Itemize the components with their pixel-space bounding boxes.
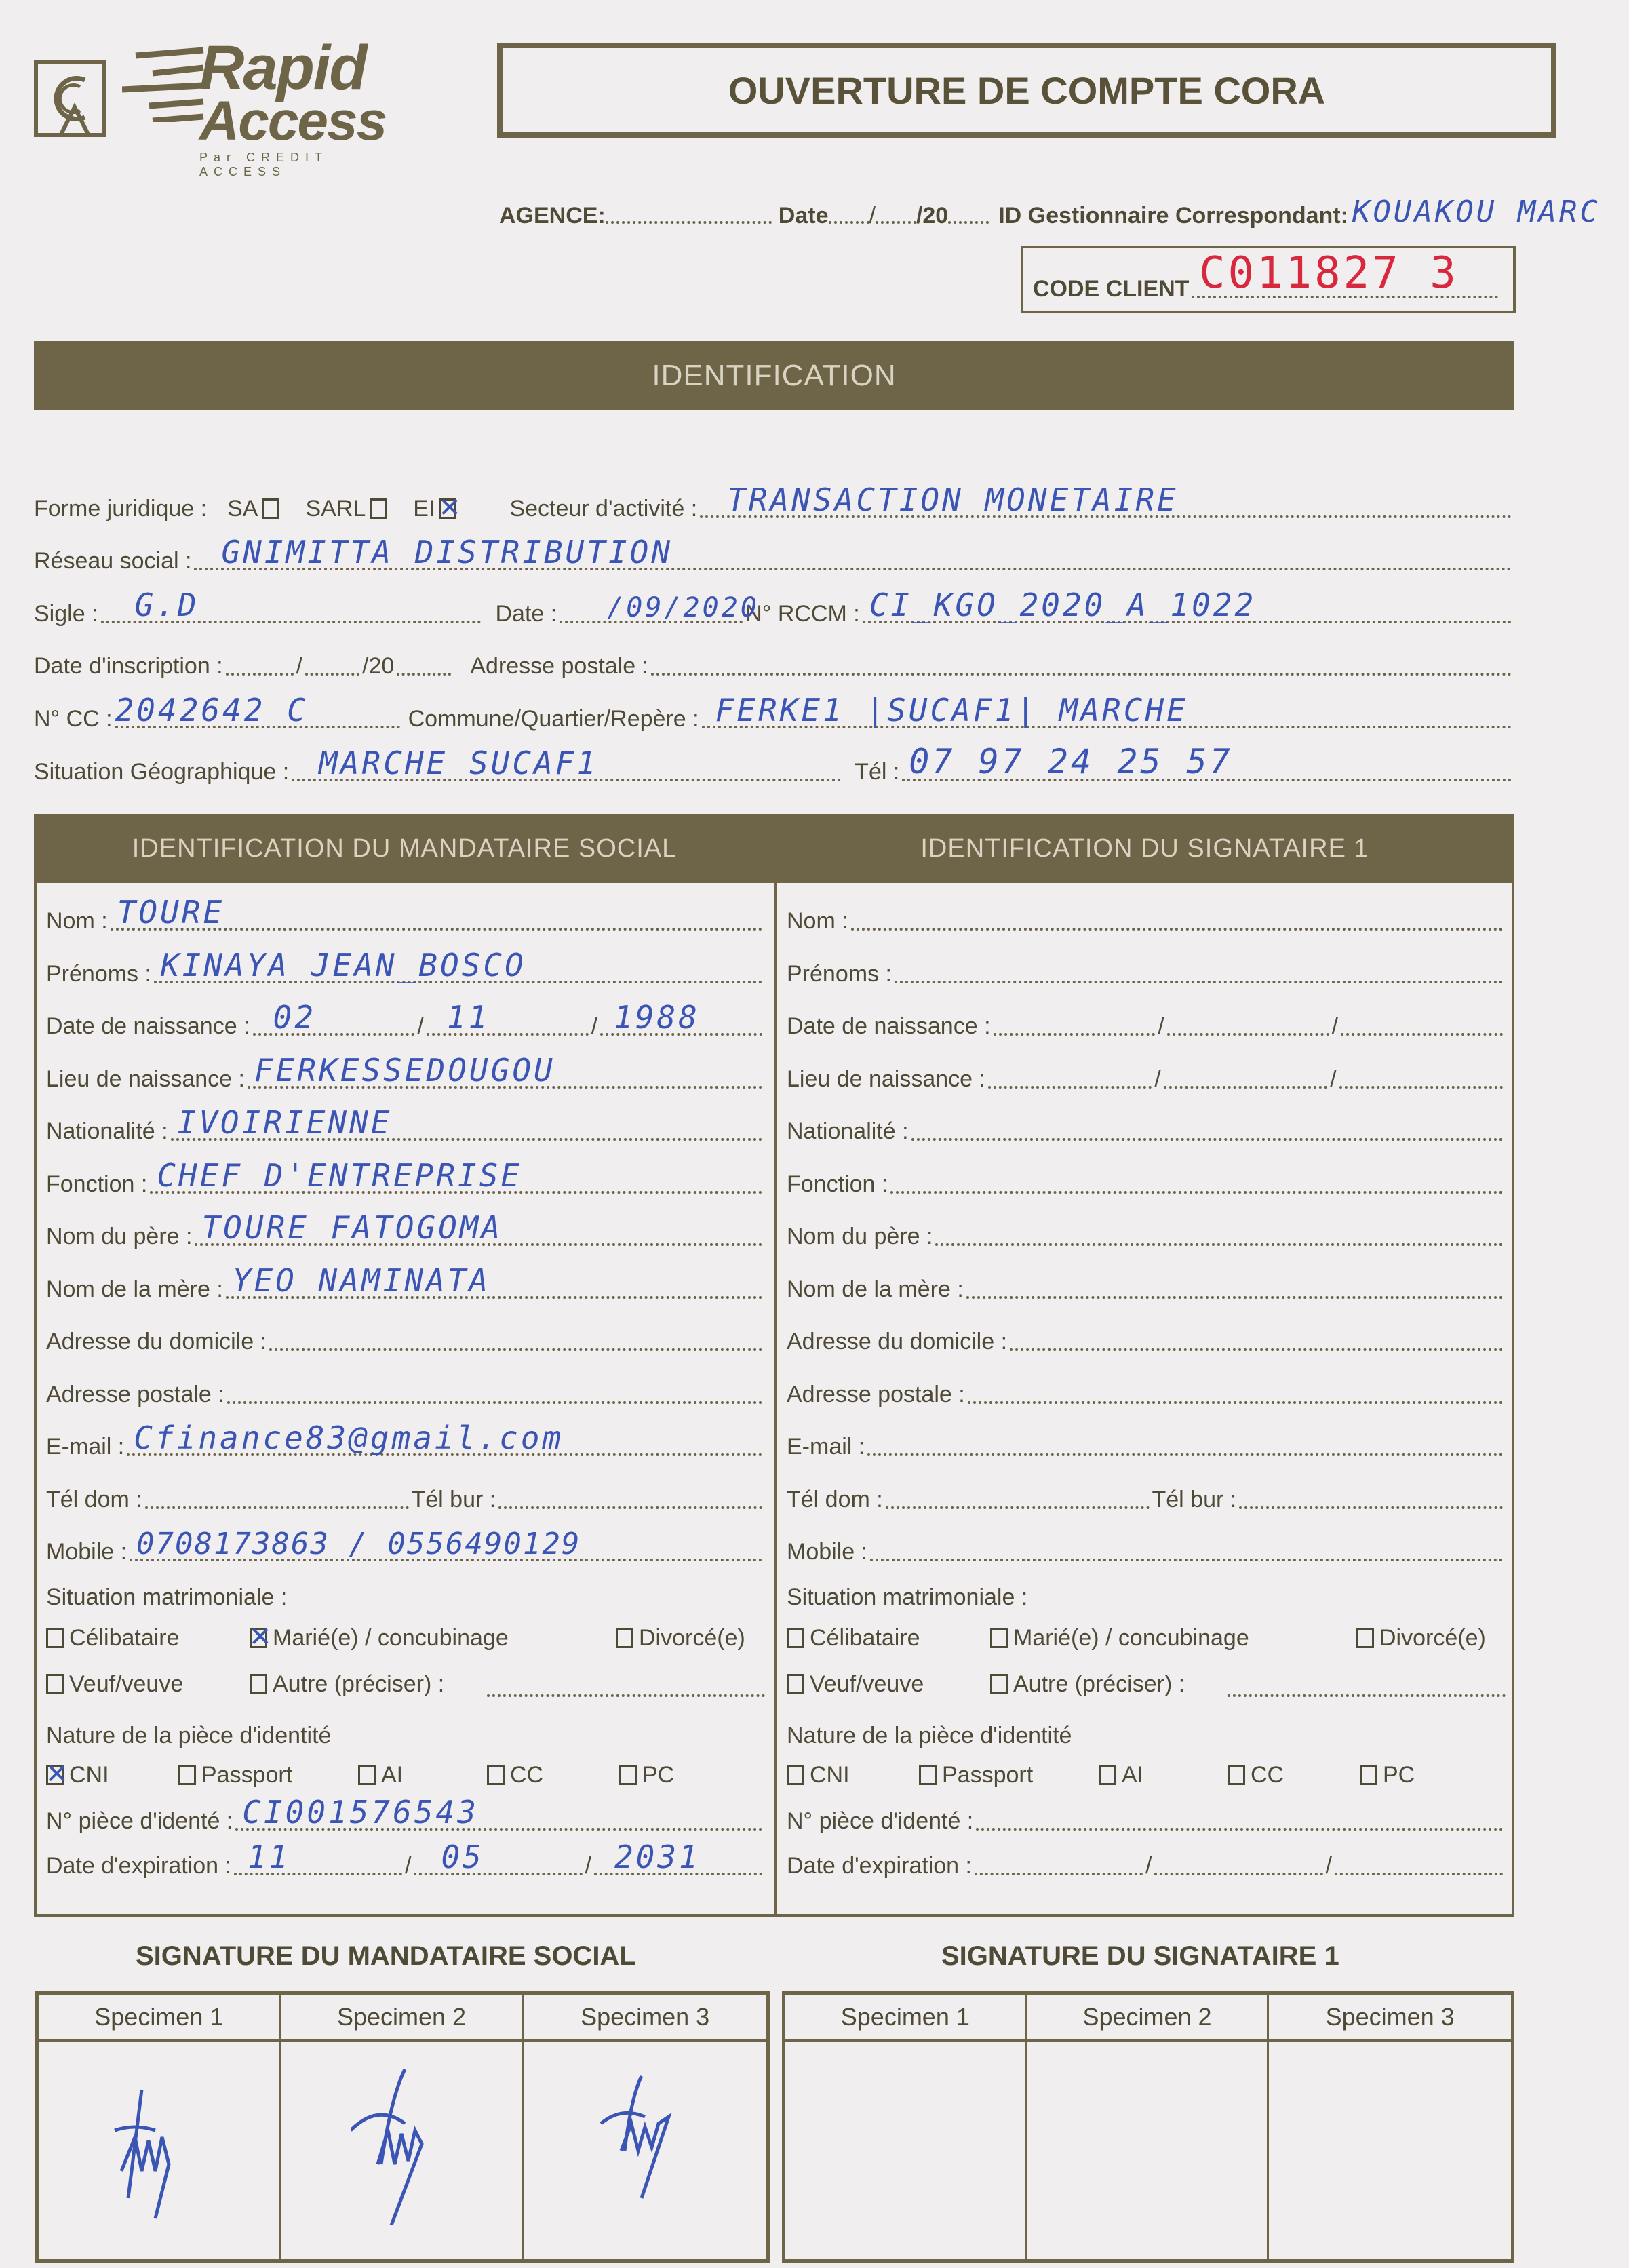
form-title-box: OUVERTURE DE COMPTE CORA: [497, 43, 1556, 138]
signataire-piece-option[interactable]: CNI: [787, 1762, 850, 1788]
signataire-mere-field[interactable]: [966, 1292, 1503, 1299]
mandataire-naissance-day[interactable]: 02: [253, 1029, 415, 1036]
code-client-label: CODE CLIENT: [1033, 276, 1189, 302]
signataire-naissance-month[interactable]: [1167, 1029, 1329, 1036]
mandataire-pere-label: Nom du père :: [46, 1224, 192, 1250]
mandataire-matrimoniale-checkbox[interactable]: [616, 1628, 633, 1648]
mandataire-naissance-year[interactable]: 1988: [600, 1029, 762, 1036]
mandataire-postale-row: Adresse postale :: [46, 1367, 765, 1408]
mandataire-band: IDENTIFICATION DU MANDATAIRE SOCIAL: [34, 814, 775, 883]
mandataire-pere-value: TOURE FATOGOMA: [201, 1209, 503, 1246]
signataire-lieu-row: Lieu de naissance ://: [787, 1052, 1506, 1093]
signataire-title: IDENTIFICATION DU SIGNATAIRE 1: [920, 834, 1369, 863]
signataire-mere-row: Nom de la mère :: [787, 1262, 1506, 1303]
mandataire-lieu-field[interactable]: FERKESSEDOUGOU: [248, 1082, 762, 1089]
mandataire-expiration-row: Date d'expiration :11/05/2031: [46, 1839, 765, 1879]
specimen-cell-2[interactable]: [1027, 2042, 1270, 2259]
signataire-domicile-field[interactable]: [1010, 1344, 1503, 1351]
gestionnaire-label: ID Gestionnaire Correspondant:: [998, 203, 1348, 229]
mandataire-piece-option[interactable]: Passport: [178, 1762, 292, 1788]
checkbox-sa[interactable]: [262, 498, 279, 519]
forme-option-sarl[interactable]: SARL: [305, 496, 393, 522]
signature-mark-icon: [594, 2069, 696, 2225]
mandataire-domicile-label: Adresse du domicile :: [46, 1329, 267, 1355]
secteur-label: Secteur d'activité :: [509, 496, 697, 522]
signataire-specimen-table: Specimen 1 Specimen 2 Specimen 3: [782, 1991, 1514, 2263]
inscription-year-field[interactable]: [397, 669, 451, 676]
signataire-matrimoniale-option[interactable]: Divorcé(e): [1356, 1625, 1486, 1651]
signataire-expiration-month[interactable]: [1154, 1869, 1322, 1875]
credit-access-logo-icon: [34, 60, 109, 141]
cc-value: 2042642 C: [115, 692, 309, 728]
mandataire-fonction-field[interactable]: CHEF D'ENTREPRISE: [150, 1187, 762, 1194]
signataire-email-field[interactable]: [867, 1449, 1503, 1456]
signataire-num-piece-row: N° pièce d'identé :: [787, 1794, 1506, 1835]
signataire-piece-checkbox[interactable]: [1360, 1765, 1377, 1785]
mandataire-naissance-month[interactable]: 11: [427, 1029, 589, 1036]
mandataire-mobile-field[interactable]: 0708173863 / 0556490129: [130, 1555, 762, 1561]
code-client-value: C011827 3: [1199, 248, 1459, 298]
mandataire-nom-row: Nom :TOURE: [46, 894, 765, 935]
adresse-postale-field[interactable]: [651, 669, 1512, 676]
mandataire-piece-option[interactable]: PC: [619, 1762, 674, 1788]
specimen-header: Specimen 2: [1027, 1995, 1270, 2042]
mandataire-mere-value: YEO NAMINATA: [233, 1262, 490, 1299]
signataire-domicile-row: Adresse du domicile :: [787, 1314, 1506, 1355]
agence-field[interactable]: [606, 217, 772, 224]
sigle-value: G.D: [135, 587, 199, 623]
signataire-matrimoniale-label: Situation matrimoniale :: [787, 1584, 1027, 1611]
signataire-matrimoniale-checkbox[interactable]: [1356, 1628, 1374, 1648]
reseau-label: Réseau social :: [34, 548, 191, 574]
mandataire-specimen-table: Specimen 1 Specimen 2 Specimen 3: [35, 1991, 770, 2263]
mandataire-nom-value: TOURE: [117, 894, 224, 931]
cc-row: N° CC : 2042642 C Commune/Quartier/Repèr…: [34, 692, 1514, 732]
mandataire-email-field[interactable]: Cfinance83@gmail.com: [127, 1449, 762, 1456]
secteur-field[interactable]: TRANSACTION MONETAIRE: [700, 511, 1512, 518]
agence-row: AGENCE: Date / /20 ID Gestionnaire Corre…: [499, 189, 1629, 229]
forme-option-sa[interactable]: SA: [227, 496, 285, 522]
mandataire-nationalite-field[interactable]: IVOIRIENNE: [171, 1134, 762, 1141]
signataire-matrimoniale-checkbox[interactable]: [787, 1628, 804, 1648]
mandataire-matrimoniale-checkbox[interactable]: [46, 1674, 64, 1694]
specimen-cell-1[interactable]: [785, 2042, 1027, 2259]
signataire-domicile-label: Adresse du domicile :: [787, 1329, 1007, 1355]
signataire-piece-option[interactable]: AI: [1099, 1762, 1143, 1788]
mandataire-piece-checkbox[interactable]: [178, 1765, 196, 1785]
mandataire-expiration-day-value: 11: [248, 1839, 290, 1875]
signataire-expiration-year[interactable]: [1335, 1869, 1503, 1875]
mandataire-lieu-label: Lieu de naissance :: [46, 1066, 245, 1093]
sigle-label: Sigle :: [34, 601, 98, 627]
signataire-lieu-day[interactable]: [988, 1082, 1152, 1089]
signataire-email-label: E-mail :: [787, 1434, 865, 1460]
mandataire-fonction-value: CHEF D'ENTREPRISE: [157, 1157, 522, 1194]
mandataire-expiration-month[interactable]: 05: [414, 1869, 582, 1875]
mandataire-postale-field[interactable]: [227, 1397, 762, 1404]
mandataire-expiration-month-value: 05: [441, 1839, 484, 1875]
mandataire-prenoms-value: KINAYA JEAN_BOSCO: [161, 947, 526, 983]
signataire-nationalite-field[interactable]: [911, 1134, 1503, 1141]
signataire-matrimoniale-checkbox[interactable]: [990, 1674, 1008, 1694]
mandataire-postale-label: Adresse postale :: [46, 1382, 224, 1408]
mandataire-matrimoniale-option[interactable]: Marié(e) / concubinage: [250, 1625, 509, 1651]
specimen-cell-1[interactable]: [39, 2042, 281, 2259]
signataire-prenoms-label: Prénoms :: [787, 961, 892, 988]
signataire-nom-row: Nom :: [787, 894, 1506, 935]
checkbox-ei[interactable]: [439, 498, 456, 519]
mandataire-num-piece-row: N° pièce d'identé :CI001576543: [46, 1794, 765, 1835]
forme-option-ei[interactable]: EI: [413, 496, 462, 522]
reseau-field[interactable]: GNIMITTA DISTRIBUTION: [194, 564, 1512, 570]
mandataire-num-piece-label: N° pièce d'identé :: [46, 1808, 233, 1835]
mandataire-pere-field[interactable]: TOURE FATOGOMA: [195, 1239, 762, 1246]
mandataire-fonction-label: Fonction :: [46, 1171, 147, 1198]
reseau-row: Réseau social : GNIMITTA DISTRIBUTION: [34, 534, 1514, 574]
code-client-box: CODE CLIENT C011827 3: [1021, 246, 1516, 313]
mandataire-expiration-label: Date d'expiration :: [46, 1853, 231, 1879]
mandataire-mobile-value: 0708173863 / 0556490129: [136, 1527, 581, 1561]
signataire-expiration-label: Date d'expiration :: [787, 1853, 972, 1879]
signataire-matrimoniale-checkbox[interactable]: [990, 1628, 1008, 1648]
signataire-nom-label: Nom :: [787, 908, 848, 935]
specimen-header: Specimen 2: [281, 1995, 524, 2042]
mandataire-expiration-year[interactable]: 2031: [594, 1869, 762, 1875]
checkbox-sarl[interactable]: [370, 498, 387, 519]
signataire-expiration-row: Date d'expiration ://: [787, 1839, 1506, 1879]
mandataire-matrimoniale-option[interactable]: Divorcé(e): [616, 1625, 745, 1651]
mandataire-email-row: E-mail :Cfinance83@gmail.com: [46, 1420, 765, 1460]
commune-label: Commune/Quartier/Repère :: [408, 706, 699, 732]
specimen-cell-2[interactable]: [281, 2042, 524, 2259]
signataire-postale-row: Adresse postale :: [787, 1367, 1506, 1408]
situation-value: MARCHE SUCAF1: [319, 745, 598, 781]
signataire-postale-label: Adresse postale :: [787, 1382, 965, 1408]
mandataire-naissance-year-value: 1988: [614, 999, 700, 1036]
signataire-piece-label: Nature de la pièce d'identité: [787, 1723, 1072, 1749]
signataire-expiration-day[interactable]: [975, 1869, 1143, 1875]
signataire-matrimoniale-option[interactable]: Autre (préciser) :: [990, 1671, 1185, 1698]
mandataire-piece-option[interactable]: CNI: [46, 1762, 109, 1788]
mandataire-nom-field[interactable]: TOURE: [111, 924, 762, 931]
mandataire-naissance-month-value: 11: [447, 999, 490, 1036]
signataire-mobile-row: Mobile :: [787, 1525, 1506, 1565]
logo: Rapid Access Par CREDIT ACCESS: [34, 41, 414, 170]
mandataire-piece-checkbox[interactable]: [46, 1765, 64, 1785]
mandataire-matrimoniale-option[interactable]: Autre (préciser) :: [250, 1671, 444, 1698]
mandataire-nationalite-label: Nationalité :: [46, 1118, 168, 1145]
signataire-mere-label: Nom de la mère :: [787, 1276, 964, 1303]
mandataire-tel-label: Tél dom :: [46, 1487, 142, 1513]
inscription-label: Date d'inscription :: [34, 653, 223, 680]
signataire-pere-field[interactable]: [935, 1239, 1503, 1246]
signataire-num-piece-field[interactable]: [976, 1824, 1503, 1831]
inscription-row: Date d'inscription : / /20 Adresse posta…: [34, 639, 1514, 680]
signataire-lieu-month[interactable]: [1164, 1082, 1327, 1089]
mandataire-autre-field[interactable]: [487, 1694, 765, 1697]
mandataire-mere-row: Nom de la mère :YEO NAMINATA: [46, 1262, 765, 1303]
mandataire-telbur-field[interactable]: [498, 1502, 762, 1509]
mandataire-tel-row: Tél dom :Tél bur :: [46, 1472, 765, 1513]
date-day-field[interactable]: [829, 217, 869, 224]
forme-juridique-label: Forme juridique :: [34, 496, 207, 522]
mandataire-nom-label: Nom :: [46, 908, 108, 935]
specimen-header: Specimen 3: [1269, 1995, 1511, 2042]
inscription-sep: /: [296, 653, 302, 680]
signataire-matrimoniale-option[interactable]: Célibataire: [787, 1625, 920, 1651]
signataire-piece-option[interactable]: Passport: [919, 1762, 1033, 1788]
signataire-prenoms-field[interactable]: [895, 977, 1503, 983]
mandataire-fonction-row: Fonction :CHEF D'ENTREPRISE: [46, 1157, 765, 1198]
sigle-row: Sigle : G.D Date : /09/2020 N° RCCM : CI…: [34, 587, 1514, 627]
signataire-lieu-label: Lieu de naissance :: [787, 1066, 985, 1093]
mandataire-teldom-field[interactable]: [145, 1502, 409, 1509]
situation-field[interactable]: MARCHE SUCAF1: [292, 775, 841, 781]
signataire-naissance-row: Date de naissance ://: [787, 999, 1506, 1040]
mandataire-mere-label: Nom de la mère :: [46, 1276, 223, 1303]
signataire-fonction-label: Fonction :: [787, 1171, 888, 1198]
signataire-mobile-label: Mobile :: [787, 1539, 867, 1565]
mandataire-naissance-day-value: 02: [273, 999, 316, 1036]
mandataire-piece-checkbox[interactable]: [487, 1765, 505, 1785]
rccm-field[interactable]: CI_KGO_2020_A_1022: [863, 617, 1512, 623]
mandataire-matrimoniale-option[interactable]: Célibataire: [46, 1625, 180, 1651]
commune-value: FERKE1 |SUCAF1| MARCHE: [715, 692, 1188, 728]
signature-mark-icon: [108, 2069, 210, 2225]
mandataire-mere-field[interactable]: YEO NAMINATA: [226, 1292, 762, 1299]
form-title: OUVERTURE DE COMPTE CORA: [728, 69, 1326, 113]
date-year-prefix: /20: [916, 203, 948, 229]
signataire-signature-title: SIGNATURE DU SIGNATAIRE 1: [941, 1941, 1339, 1972]
secteur-value: TRANSACTION MONETAIRE: [727, 482, 1179, 518]
date-year-field[interactable]: [948, 217, 989, 224]
mandataire-matrimoniale-checkbox[interactable]: [250, 1628, 267, 1648]
signataire-pere-label: Nom du père :: [787, 1224, 933, 1250]
situation-label: Situation Géographique :: [34, 759, 289, 785]
mandataire-matrimoniale-label: Situation matrimoniale :: [46, 1584, 287, 1611]
sigle-field[interactable]: G.D: [101, 617, 481, 623]
signataire-lieu-year[interactable]: [1339, 1082, 1503, 1089]
mandataire-prenoms-row: Prénoms :KINAYA JEAN_BOSCO: [46, 947, 765, 988]
mandataire-title: IDENTIFICATION DU MANDATAIRE SOCIAL: [132, 834, 678, 863]
specimen-header: Specimen 1: [39, 1995, 281, 2042]
signataire-fonction-field[interactable]: [890, 1187, 1503, 1194]
signataire-telbur-field[interactable]: [1239, 1502, 1503, 1509]
signataire-tel-row: Tél dom :Tél bur :: [787, 1472, 1506, 1513]
signataire-num-piece-label: N° pièce d'identé :: [787, 1808, 973, 1835]
forme-juridique-row: Forme juridique : SA SARL EI Secteur d'a…: [34, 482, 1514, 522]
sigle-date-label: Date :: [496, 601, 557, 627]
mandataire-telbur-label: Tél bur :: [412, 1487, 496, 1513]
signataire-nationalite-row: Nationalité :: [787, 1104, 1506, 1145]
mandataire-matrimoniale-checkbox[interactable]: [46, 1628, 64, 1648]
date-month-field[interactable]: [876, 217, 916, 224]
signataire-piece-option[interactable]: PC: [1360, 1762, 1415, 1788]
cc-field[interactable]: 2042642 C: [115, 722, 400, 728]
signataire-email-row: E-mail :: [787, 1420, 1506, 1460]
signataire-band: IDENTIFICATION DU SIGNATAIRE 1: [775, 814, 1514, 883]
mandataire-nationalite-value: IVOIRIENNE: [178, 1104, 393, 1141]
signataire-nationalite-label: Nationalité :: [787, 1118, 909, 1145]
specimen-header: Specimen 1: [785, 1995, 1027, 2042]
mandataire-num-piece-field[interactable]: CI001576543: [235, 1824, 762, 1831]
specimen-header: Specimen 3: [524, 1995, 766, 2042]
rccm-label: N° RCCM :: [745, 601, 859, 627]
signataire-telbur-label: Tél bur :: [1152, 1487, 1237, 1513]
signataire-piece-checkbox[interactable]: [919, 1765, 937, 1785]
commune-field[interactable]: FERKE1 |SUCAF1| MARCHE: [702, 722, 1512, 728]
signataire-piece-option[interactable]: CC: [1228, 1762, 1284, 1788]
mandataire-email-label: E-mail :: [46, 1434, 124, 1460]
adresse-postale-label: Adresse postale :: [470, 653, 648, 680]
signataire-piece-checkbox[interactable]: [1228, 1765, 1245, 1785]
mandataire-expiration-day[interactable]: 11: [234, 1869, 402, 1875]
logo-tagline: Par CREDIT ACCESS: [199, 151, 414, 179]
date-label: Date: [779, 203, 829, 229]
signataire-autre-field[interactable]: [1228, 1694, 1506, 1697]
speed-lines-icon: [122, 47, 210, 122]
mandataire-prenoms-label: Prénoms :: [46, 961, 151, 988]
sigle-date-value: /09/2020: [607, 592, 760, 623]
rccm-value: CI_KGO_2020_A_1022: [869, 587, 1257, 623]
mandataire-prenoms-field[interactable]: KINAYA JEAN_BOSCO: [154, 977, 762, 983]
identification-band: IDENTIFICATION: [34, 341, 1514, 410]
signataire-naissance-day[interactable]: [994, 1029, 1156, 1036]
mandataire-lieu-value: FERKESSEDOUGOU: [254, 1052, 555, 1089]
mandataire-piece-checkbox[interactable]: [358, 1765, 376, 1785]
mandataire-matrimoniale-option[interactable]: Veuf/veuve: [46, 1671, 183, 1698]
mandataire-piece-label: Nature de la pièce d'identité: [46, 1723, 331, 1749]
inscription-year-prefix: /20: [362, 653, 394, 680]
mandataire-lieu-row: Lieu de naissance :FERKESSEDOUGOU: [46, 1052, 765, 1093]
mandataire-pere-row: Nom du père :TOURE FATOGOMA: [46, 1209, 765, 1250]
mandataire-domicile-row: Adresse du domicile :: [46, 1314, 765, 1355]
signataire-mobile-field[interactable]: [870, 1555, 1503, 1561]
signataire-pere-row: Nom du père :: [787, 1209, 1506, 1250]
sigle-date-field[interactable]: /09/2020: [560, 617, 743, 623]
signataire-naissance-year[interactable]: [1341, 1029, 1503, 1036]
signataire-nom-field[interactable]: [851, 924, 1503, 931]
signataire-naissance-label: Date de naissance :: [787, 1013, 991, 1040]
reseau-value: GNIMITTA DISTRIBUTION: [221, 534, 673, 570]
signataire-piece-checkbox[interactable]: [787, 1765, 804, 1785]
cc-label: N° CC :: [34, 706, 113, 732]
signataire-matrimoniale-checkbox[interactable]: [787, 1674, 804, 1694]
situation-row: Situation Géographique : MARCHE SUCAF1 T…: [34, 745, 1514, 785]
mandataire-nationalite-row: Nationalité :IVOIRIENNE: [46, 1104, 765, 1145]
specimen-cell-3[interactable]: [1269, 2042, 1511, 2259]
signataire-postale-field[interactable]: [968, 1397, 1503, 1404]
mandataire-piece-option[interactable]: CC: [487, 1762, 543, 1788]
signataire-piece-checkbox[interactable]: [1099, 1765, 1116, 1785]
specimen-cell-3[interactable]: [524, 2042, 766, 2259]
tel-field[interactable]: 07 97 24 25 57: [902, 775, 1512, 781]
mandataire-mobile-row: Mobile :0708173863 / 0556490129: [46, 1525, 765, 1565]
signataire-matrimoniale-option[interactable]: Veuf/veuve: [787, 1671, 924, 1698]
mandataire-piece-checkbox[interactable]: [619, 1765, 637, 1785]
date-sep: /: [869, 203, 876, 229]
signature-mark-icon: [351, 2069, 452, 2225]
mandataire-domicile-field[interactable]: [269, 1344, 762, 1351]
mandataire-expiration-year-value: 2031: [614, 1839, 701, 1875]
mandataire-naissance-row: Date de naissance :02/11/1988: [46, 999, 765, 1040]
mandataire-num-piece-value: CI001576543: [242, 1794, 479, 1831]
identification-title: IDENTIFICATION: [652, 359, 896, 393]
signataire-fonction-row: Fonction :: [787, 1157, 1506, 1198]
mandataire-mobile-label: Mobile :: [46, 1539, 127, 1565]
mandataire-signature-title: SIGNATURE DU MANDATAIRE SOCIAL: [136, 1941, 636, 1972]
tel-label: Tél :: [855, 759, 899, 785]
gestionnaire-value[interactable]: KOUAKOU MARC: [1352, 195, 1601, 229]
mandataire-piece-option[interactable]: AI: [358, 1762, 403, 1788]
mandataire-matrimoniale-checkbox[interactable]: [250, 1674, 267, 1694]
signataire-prenoms-row: Prénoms :: [787, 947, 1506, 988]
signataire-tel-label: Tél dom :: [787, 1487, 883, 1513]
tel-value: 07 97 24 25 57: [909, 742, 1232, 781]
signataire-teldom-field[interactable]: [886, 1502, 1150, 1509]
mandataire-naissance-label: Date de naissance :: [46, 1013, 250, 1040]
logo-access: Access: [199, 94, 386, 149]
mandataire-email-value: Cfinance83@gmail.com: [134, 1420, 564, 1456]
agence-label: AGENCE:: [499, 203, 606, 229]
inscription-month-field[interactable]: [305, 669, 359, 676]
signataire-matrimoniale-option[interactable]: Marié(e) / concubinage: [990, 1625, 1249, 1651]
inscription-day-field[interactable]: [226, 669, 294, 676]
